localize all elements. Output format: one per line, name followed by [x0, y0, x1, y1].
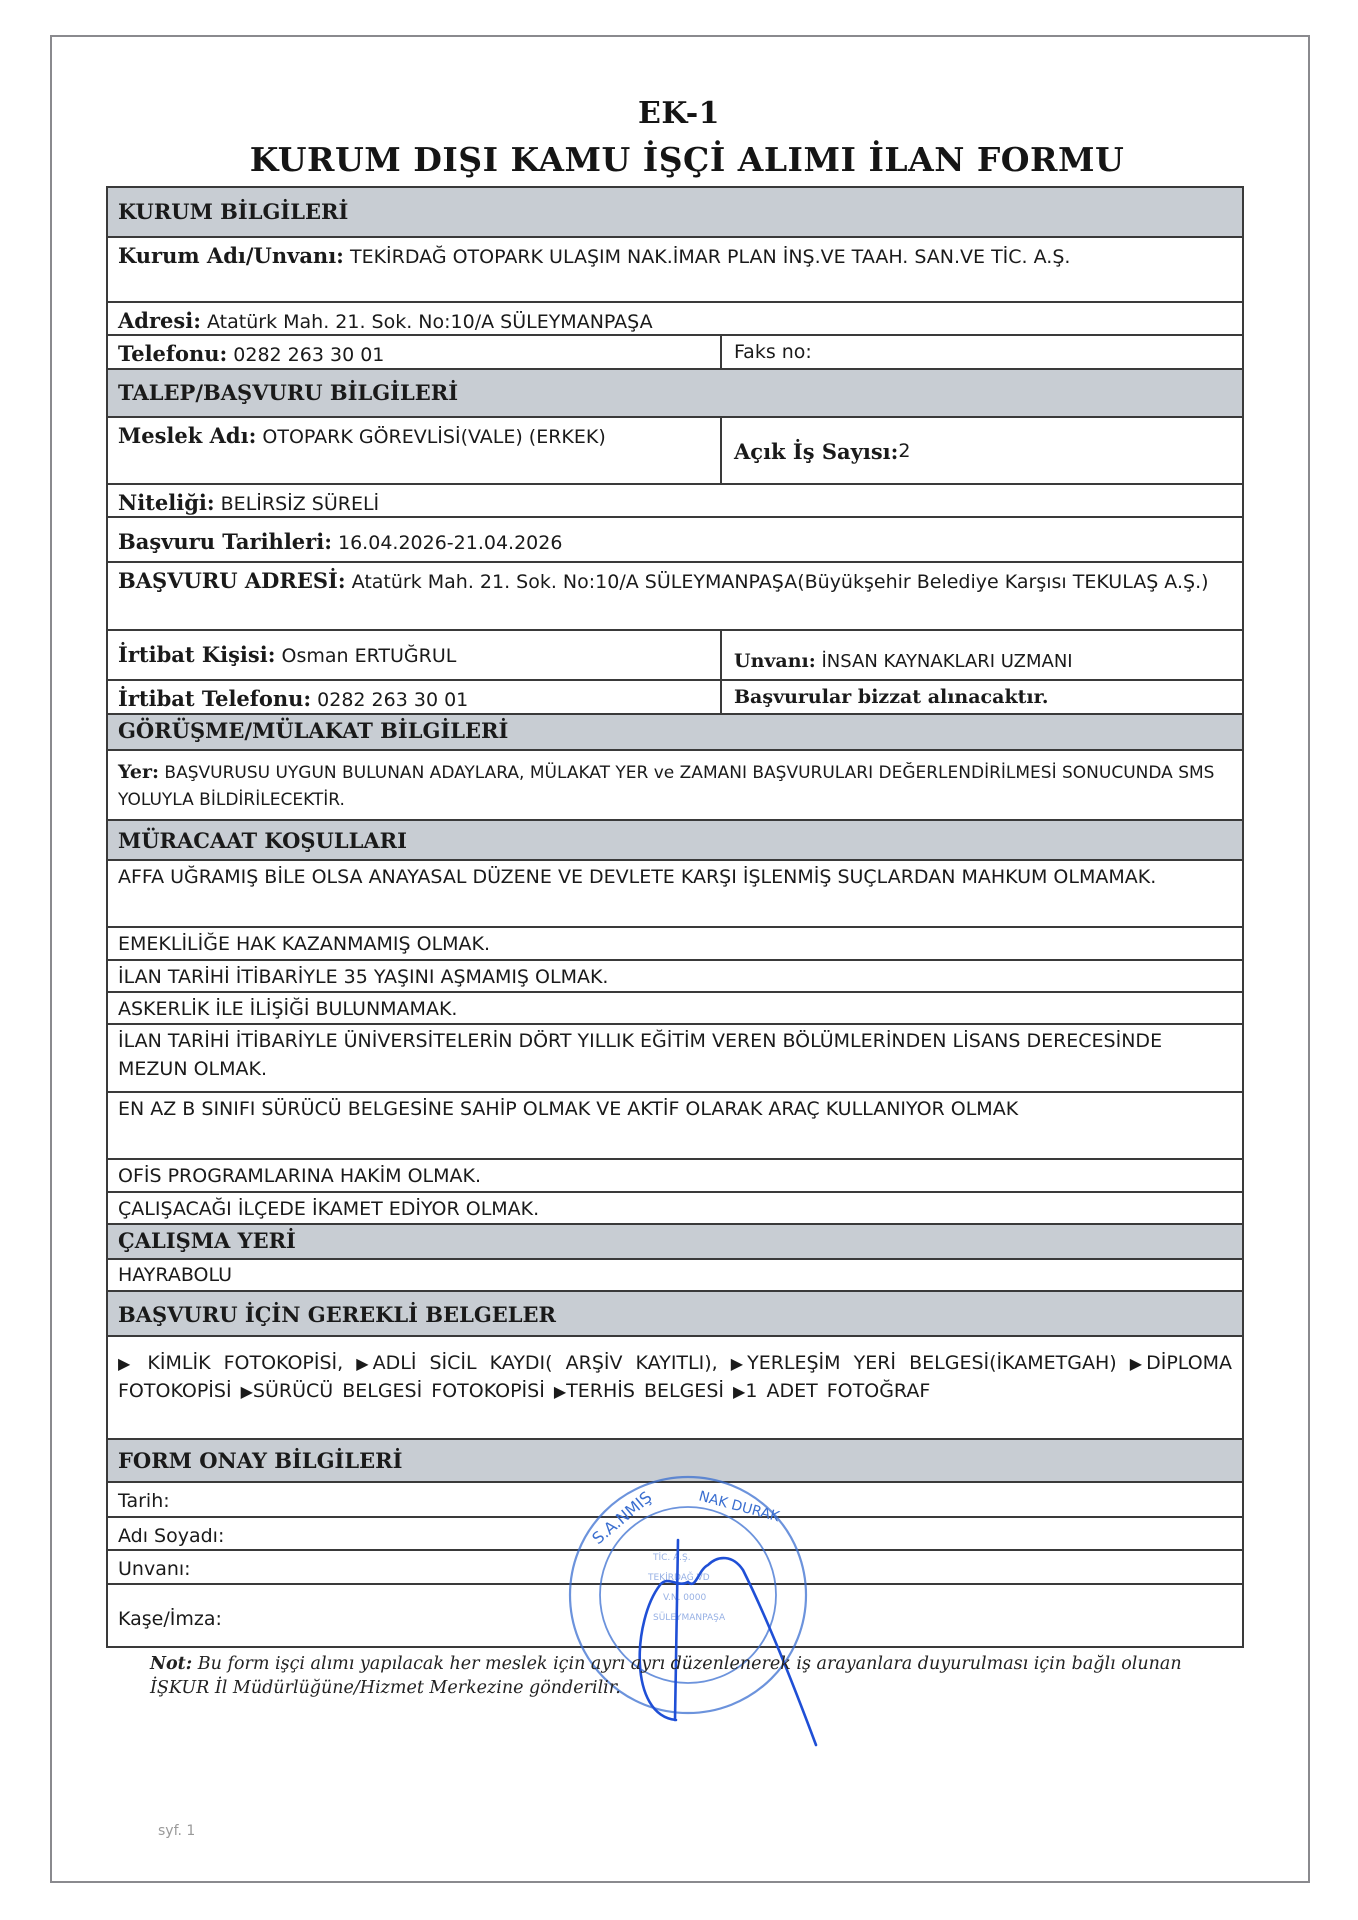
requirements-list: AFFA UĞRAMIŞ BİLE OLSA ANAYASAL DÜZENE V…: [108, 861, 1242, 1225]
section-header-gorusme: GÖRÜŞME/MÜLAKAT BİLGİLERİ: [108, 715, 1242, 751]
kurum-phone-row: Telefonu: 0282 263 30 01 Faks no:: [108, 336, 1242, 370]
approval-stamp-row: Kaşe/İmza:: [108, 1585, 1242, 1648]
requirement-row: AFFA UĞRAMIŞ BİLE OLSA ANAYASAL DÜZENE V…: [108, 861, 1242, 928]
in-person-note: bizzat alınacaktır.: [858, 686, 1049, 708]
bullet-arrow-icon: ▶: [356, 1354, 372, 1373]
announcement-form-table: KURUM BİLGİLERİ Kurum Adı/Unvanı: TEKİRD…: [106, 186, 1244, 1648]
openings-cell: Açık İş Sayısı: 2: [722, 418, 1242, 483]
job-name-cell: Meslek Adı: OTOPARK GÖREVLİSİ(VALE) (ERK…: [108, 418, 722, 483]
application-dates-row: Başvuru Tarihleri: 16.04.2026-21.04.2026: [108, 518, 1242, 563]
application-dates-label: Başvuru Tarihleri:: [118, 529, 332, 554]
requirement-text: İLAN TARİHİ İTİBARİYLE ÜNİVERSİTELERİN D…: [118, 1030, 1162, 1080]
kurum-name-row: Kurum Adı/Unvanı: TEKİRDAĞ OTOPARK ULAŞI…: [108, 238, 1242, 303]
approval-stamp-label: Kaşe/İmza:: [118, 1608, 222, 1630]
section-title: ÇALIŞMA YERİ: [118, 1228, 296, 1253]
bullet-arrow-icon: ▶: [554, 1382, 566, 1401]
approval-name-label: Adı Soyadı:: [118, 1525, 224, 1547]
job-type-value: BELİRSİZ SÜRELİ: [215, 493, 380, 515]
section-header-onay: FORM ONAY BİLGİLERİ: [108, 1440, 1242, 1483]
approval-title-label: Unvanı:: [118, 1558, 191, 1580]
interview-place-row: Yer: BAŞVURUSU UYGUN BULUNAN ADAYLARA, M…: [108, 751, 1242, 821]
work-location-row: HAYRABOLU: [108, 1260, 1242, 1292]
kurum-fax-cell: Faks no:: [722, 336, 1242, 368]
approval-name-row: Adı Soyadı:: [108, 1518, 1242, 1551]
requirement-text: ÇALIŞACAĞI İLÇEDE İKAMET EDİYOR OLMAK.: [118, 1198, 539, 1220]
required-document-item: ADLİ SİCİL KAYDI( ARŞİV KAYITLI),: [373, 1352, 718, 1374]
footnote-text: Bu form işçi alımı yapılacak her meslek …: [150, 1654, 1182, 1698]
job-name-label: Meslek Adı:: [118, 423, 256, 448]
required-document-item: 1 ADET FOTOĞRAF: [745, 1380, 930, 1402]
requirement-row: ASKERLİK İLE İLİŞİĞİ BULUNMAMAK.: [108, 993, 1242, 1025]
annex-label: EK-1: [0, 96, 1358, 131]
in-person-prefix: Başvurular: [734, 686, 858, 708]
footnote: Not: Bu form işçi alımı yapılacak her me…: [150, 1652, 1240, 1700]
contact-phone-label: İrtibat Telefonu:: [118, 686, 311, 711]
bullet-arrow-icon: ▶: [118, 1354, 134, 1373]
job-row: Meslek Adı: OTOPARK GÖREVLİSİ(VALE) (ERK…: [108, 418, 1242, 485]
interview-place-value: BAŞVURUSU UYGUN BULUNAN ADAYLARA, MÜLAKA…: [118, 763, 1214, 810]
job-type-label: Niteliği:: [118, 490, 215, 515]
requirement-text: EMEKLİLİĞE HAK KAZANMAMIŞ OLMAK.: [118, 933, 490, 955]
section-title: GÖRÜŞME/MÜLAKAT BİLGİLERİ: [118, 718, 508, 743]
requirement-text: EN AZ B SINIFI SÜRÜCÜ BELGESİNE SAHİP OL…: [118, 1098, 1018, 1120]
kurum-phone-value: 0282 263 30 01: [227, 344, 384, 366]
required-document-item: KİMLİK FOTOKOPİSİ,: [147, 1352, 343, 1374]
section-title: MÜRACAAT KOŞULLARI: [118, 828, 407, 853]
bullet-arrow-icon: ▶: [241, 1382, 253, 1401]
requirement-text: AFFA UĞRAMIŞ BİLE OLSA ANAYASAL DÜZENE V…: [118, 866, 1156, 888]
contact-title-cell: Unvanı: İNSAN KAYNAKLARI UZMANI: [722, 631, 1242, 679]
application-address-label: BAŞVURU ADRESİ:: [118, 568, 346, 593]
section-header-talep: TALEP/BAŞVURU BİLGİLERİ: [108, 370, 1242, 418]
kurum-name-label: Kurum Adı/Unvanı:: [118, 243, 344, 268]
required-document-item: SÜRÜCÜ BELGESİ FOTOKOPİSİ: [253, 1380, 545, 1402]
application-address-row: BAŞVURU ADRESİ: Atatürk Mah. 21. Sok. No…: [108, 563, 1242, 631]
approval-date-row: Tarih:: [108, 1483, 1242, 1518]
bullet-arrow-icon: ▶: [733, 1382, 745, 1401]
contact-title-label: Unvanı:: [734, 650, 816, 672]
requirement-row: EMEKLİLİĞE HAK KAZANMAMIŞ OLMAK.: [108, 928, 1242, 961]
approval-date-label: Tarih:: [118, 1490, 170, 1512]
requirement-row: İLAN TARİHİ İTİBARİYLE 35 YAŞINI AŞMAMIŞ…: [108, 961, 1242, 993]
in-person-cell: Başvurular bizzat alınacaktır.: [722, 681, 1242, 713]
requirement-row: EN AZ B SINIFI SÜRÜCÜ BELGESİNE SAHİP OL…: [108, 1093, 1242, 1160]
contact-person-cell: İrtibat Kişisi: Osman ERTUĞRUL: [108, 631, 722, 679]
contact-row: İrtibat Kişisi: Osman ERTUĞRUL Unvanı: İ…: [108, 631, 1242, 681]
footnote-label: Not:: [150, 1654, 192, 1674]
job-name-value: OTOPARK GÖREVLİSİ(VALE) (ERKEK): [256, 426, 605, 448]
contact-phone-row: İrtibat Telefonu: 0282 263 30 01 Başvuru…: [108, 681, 1242, 715]
page-number: syf. 1: [158, 1823, 195, 1839]
requirement-text: İLAN TARİHİ İTİBARİYLE 35 YAŞINI AŞMAMIŞ…: [118, 966, 608, 988]
requirement-text: ASKERLİK İLE İLİŞİĞİ BULUNMAMAK.: [118, 998, 457, 1020]
requirement-text: OFİS PROGRAMLARINA HAKİM OLMAK.: [118, 1165, 481, 1187]
section-title: FORM ONAY BİLGİLERİ: [118, 1448, 402, 1473]
kurum-address-row: Adresi: Atatürk Mah. 21. Sok. No:10/A SÜ…: [108, 303, 1242, 336]
requirement-row: OFİS PROGRAMLARINA HAKİM OLMAK.: [108, 1160, 1242, 1193]
requirement-row: ÇALIŞACAĞI İLÇEDE İKAMET EDİYOR OLMAK.: [108, 1193, 1242, 1225]
bullet-arrow-icon: ▶: [1130, 1354, 1146, 1373]
openings-label: Açık İş Sayısı:: [734, 438, 898, 465]
contact-person-value: Osman ERTUĞRUL: [275, 645, 456, 667]
contact-phone-cell: İrtibat Telefonu: 0282 263 30 01: [108, 681, 722, 713]
section-title: KURUM BİLGİLERİ: [118, 199, 348, 224]
kurum-phone-label: Telefonu:: [118, 341, 227, 366]
page-title: KURUM DIŞI KAMU İŞÇİ ALIMI İLAN FORMU: [0, 140, 1358, 179]
section-title: TALEP/BAŞVURU BİLGİLERİ: [118, 380, 458, 405]
required-documents-list: ▶ KİMLİK FOTOKOPİSİ, ▶ADLİ SİCİL KAYDI( …: [118, 1352, 1232, 1402]
approval-title-row: Unvanı:: [108, 1551, 1242, 1585]
openings-value: 2: [898, 438, 910, 465]
work-location-value: HAYRABOLU: [118, 1264, 232, 1286]
kurum-address-value: Atatürk Mah. 21. Sok. No:10/A SÜLEYMANPA…: [201, 311, 653, 333]
kurum-phone-cell: Telefonu: 0282 263 30 01: [108, 336, 722, 368]
section-header-calisma: ÇALIŞMA YERİ: [108, 1225, 1242, 1260]
required-document-item: YERLEŞİM YERİ BELGESİ(İKAMETGAH): [747, 1352, 1117, 1374]
contact-title-value: İNSAN KAYNAKLARI UZMANI: [816, 651, 1073, 672]
section-header-kosullar: MÜRACAAT KOŞULLARI: [108, 821, 1242, 861]
bullet-arrow-icon: ▶: [731, 1354, 747, 1373]
section-header-belgeler: BAŞVURU İÇİN GEREKLİ BELGELER: [108, 1292, 1242, 1337]
section-header-kurum: KURUM BİLGİLERİ: [108, 188, 1242, 238]
required-document-item: TERHİS BELGESİ: [566, 1380, 724, 1402]
contact-person-label: İrtibat Kişisi:: [118, 642, 275, 667]
contact-phone-value: 0282 263 30 01: [311, 689, 468, 711]
required-documents-row: ▶ KİMLİK FOTOKOPİSİ, ▶ADLİ SİCİL KAYDI( …: [108, 1337, 1242, 1440]
requirement-row: İLAN TARİHİ İTİBARİYLE ÜNİVERSİTELERİN D…: [108, 1025, 1242, 1093]
application-dates-value: 16.04.2026-21.04.2026: [332, 532, 562, 554]
kurum-address-label: Adresi:: [118, 308, 201, 333]
kurum-name-value: TEKİRDAĞ OTOPARK ULAŞIM NAK.İMAR PLAN İN…: [344, 246, 1071, 268]
application-address-value: Atatürk Mah. 21. Sok. No:10/A SÜLEYMANPA…: [346, 571, 1209, 593]
section-title: BAŞVURU İÇİN GEREKLİ BELGELER: [118, 1302, 556, 1327]
job-type-row: Niteliği: BELİRSİZ SÜRELİ: [108, 485, 1242, 518]
interview-place-label: Yer:: [118, 761, 159, 783]
kurum-fax-label: Faks no:: [734, 339, 812, 366]
